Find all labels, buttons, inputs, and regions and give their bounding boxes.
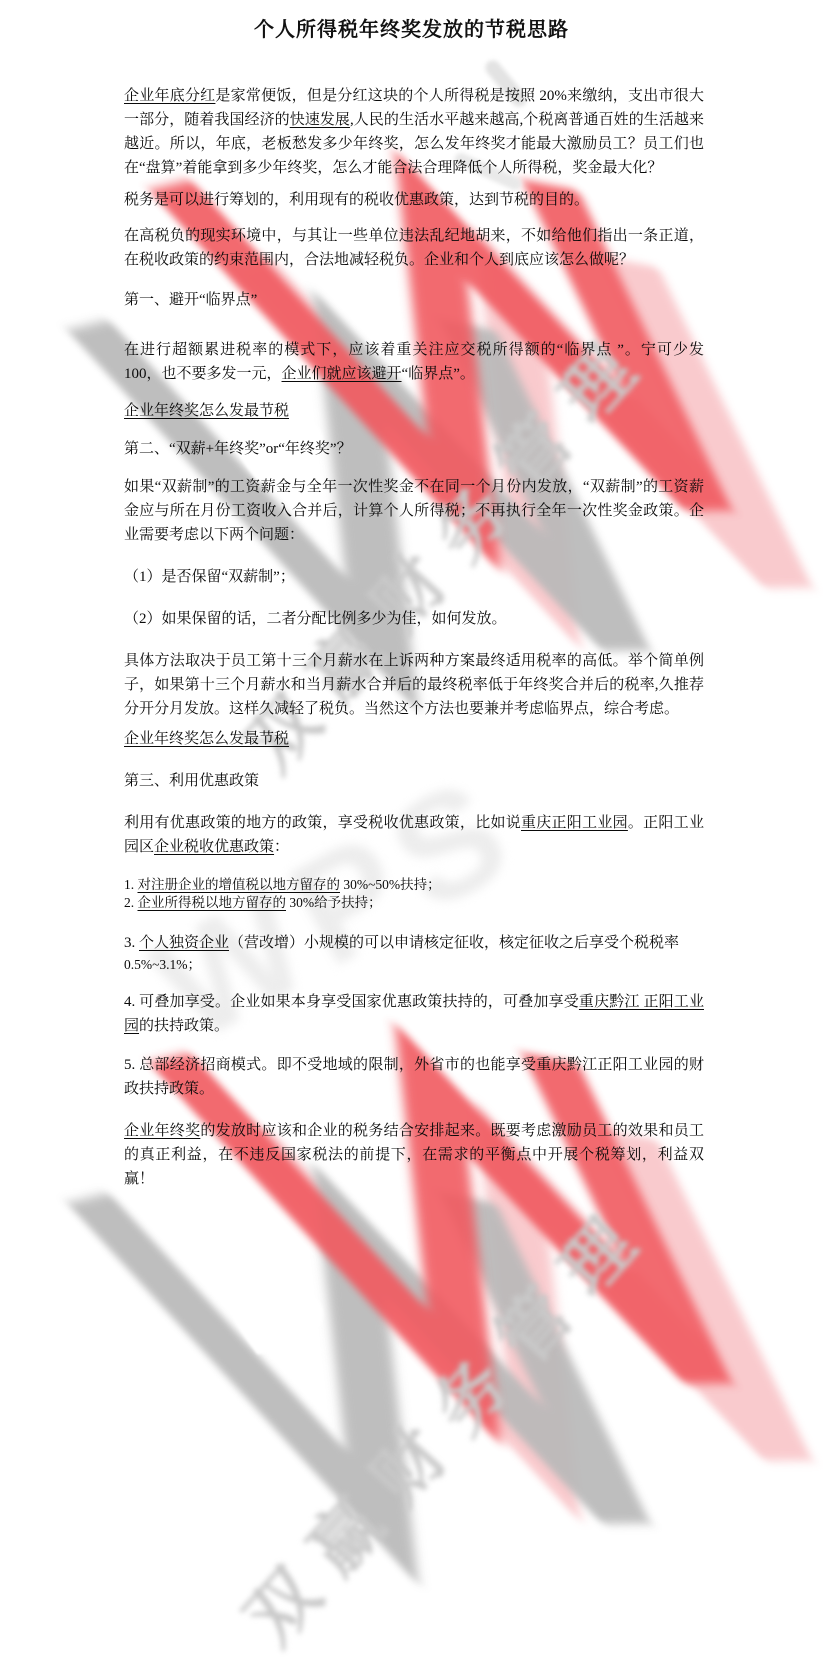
para-conclusion: 企业年终奖的发放时应该和企业的税务结合安排起来。既要考虑激励员工的效果和员工的真… <box>124 1119 704 1191</box>
heading-second: 第二、“双薪+年终奖”or“年终奖”？ <box>124 437 704 461</box>
text-run: 企业年底分红 <box>124 88 215 104</box>
text-run: 对注册企业的增值税以地方留存的 <box>138 877 341 892</box>
text-run: 具体方法取决于员工第十三个月薪水在上诉两种方案最终适用税率的高低。举个简单例子，… <box>124 653 704 717</box>
text-run: 如果“双薪制”的工资薪金与全年一次性奖金不在同一个月份内发放，“双薪制”的工资薪… <box>124 479 704 543</box>
text-run: 快速发展 <box>290 112 350 128</box>
link-line-bonus-tax[interactable]: 企业年终奖怎么发最节税 <box>124 399 704 423</box>
text-run: ： <box>274 839 289 855</box>
text-run: 第一、避开“临界点” <box>124 292 257 308</box>
list-item-1: 1. 对注册企业的增值税以地方留存的 30%~50%扶持； <box>124 876 704 894</box>
text-run: “临界点”。 <box>402 366 475 382</box>
text-run: 的扶持政策。 <box>139 1018 229 1034</box>
text-run: 30%~50%扶持； <box>340 877 441 892</box>
text-run: 0.5%~3.1%； <box>124 957 201 972</box>
para-double-salary: 如果“双薪制”的工资薪金与全年一次性奖金不在同一个月份内发放，“双薪制”的工资薪… <box>124 475 704 547</box>
list-item-4: 4. 可叠加享受。企业如果本身享受国家优惠政策扶持的，可叠加享受重庆黔江 正阳工… <box>124 990 704 1038</box>
page-title: 个人所得税年终奖发放的节税思路 <box>0 13 823 42</box>
text-run: 第二、“双薪+年终奖”or“年终奖”？ <box>124 441 352 457</box>
text-run: 4. 可叠加享受。企业如果本身享受国家优惠政策扶持的，可叠加享受 <box>124 994 579 1010</box>
text-run: 在高税负的现实环境中，与其让一些单位违法乱纪地胡来，不如给他们指出一条正道，在税… <box>124 228 704 268</box>
document-content: 个人所得税年终奖发放的节税思路 企业年底分红是家常便饭，但是分红这块的个人所得税… <box>0 0 823 1673</box>
text-run: 5. 总部经济招商模式。即不受地域的限制，外省市的也能享受重庆黔江正阳工业园的财… <box>124 1057 704 1097</box>
text-run: 30%给予扶持； <box>286 895 382 910</box>
link-line-bonus-tax-2[interactable]: 企业年终奖怎么发最节税 <box>124 727 704 751</box>
text-run: 1. <box>124 877 138 892</box>
heading-third: 第三、利用优惠政策 <box>124 769 704 793</box>
item-question-1: （1）是否保留“双薪制”； <box>124 565 704 589</box>
text-run: 的发放时应该和企业的税务结合安排起来。既要考虑激励员工的效果和员工的真正利益，在… <box>124 1123 704 1187</box>
text-run: 企业们就应该避开 <box>282 366 402 382</box>
list-item-5: 5. 总部经济招商模式。即不受地域的限制，外省市的也能享受重庆黔江正阳工业园的财… <box>124 1053 704 1101</box>
text-run: 3. <box>124 935 139 951</box>
heading-first: 第一、避开“临界点” <box>124 288 704 312</box>
para-policy-intro: 利用有优惠政策的地方的政策，享受税收优惠政策，比如说重庆正阳工业园。正阳工业园区… <box>124 811 704 859</box>
document-page: 双赢财务管理 双赢财务管理 WPS 个人所得税年终奖发放的节税思路 企业年底分红… <box>0 0 823 1673</box>
text-run: 第三、利用优惠政策 <box>124 773 259 789</box>
para-intro: 企业年底分红是家常便饭，但是分红这块的个人所得税是按照 20%来缴纳，支出市很大… <box>124 84 704 180</box>
item-question-2: （2）如果保留的话，二者分配比例多少为佳，如何发放。 <box>124 607 704 631</box>
para-environment: 在高税负的现实环境中，与其让一些单位违法乱纪地胡来，不如给他们指出一条正道，在税… <box>124 224 704 272</box>
text-run: 重庆正阳工业园 <box>521 815 628 831</box>
text-run: 企业年终奖怎么发最节税 <box>124 731 289 747</box>
text-run: （2）如果保留的话，二者分配比例多少为佳，如何发放。 <box>124 611 507 627</box>
text-run: 税务是可以进行筹划的，利用现有的税收优惠政策，达到节税的目的。 <box>124 192 589 208</box>
text-run: 个人独资企业 <box>139 935 229 951</box>
text-run: 企业税收优惠政策 <box>154 839 274 855</box>
para-tax-planning: 税务是可以进行筹划的，利用现有的税收优惠政策，达到节税的目的。 <box>124 188 704 212</box>
para-threshold: 在进行超额累进税率的模式下，应该着重关注应交税所得额的“临界点 ”。宁可少发 1… <box>124 338 704 386</box>
list-item-2: 2. 企业所得税以地方留存的 30%给予扶持； <box>124 894 704 912</box>
text-run: （营改增）小规模的可以申请核定征收，核定征收之后享受个税税率 <box>229 935 679 951</box>
list-item-3: 3. 个人独资企业（营改增）小规模的可以申请核定征收，核定征收之后享受个税税率 <box>124 931 704 955</box>
text-run: 2. <box>124 895 138 910</box>
list-item-3-cont: 0.5%~3.1%； <box>124 956 704 974</box>
text-run: （1）是否保留“双薪制”； <box>124 569 295 585</box>
text-run: 企业年终奖 <box>124 1123 200 1139</box>
para-method: 具体方法取决于员工第十三个月薪水在上诉两种方案最终适用税率的高低。举个简单例子，… <box>124 649 704 721</box>
text-run: 利用有优惠政策的地方的政策，享受税收优惠政策，比如说 <box>124 815 521 831</box>
text-run: 企业年终奖怎么发最节税 <box>124 403 289 419</box>
text-run: 企业所得税以地方留存的 <box>138 895 287 910</box>
